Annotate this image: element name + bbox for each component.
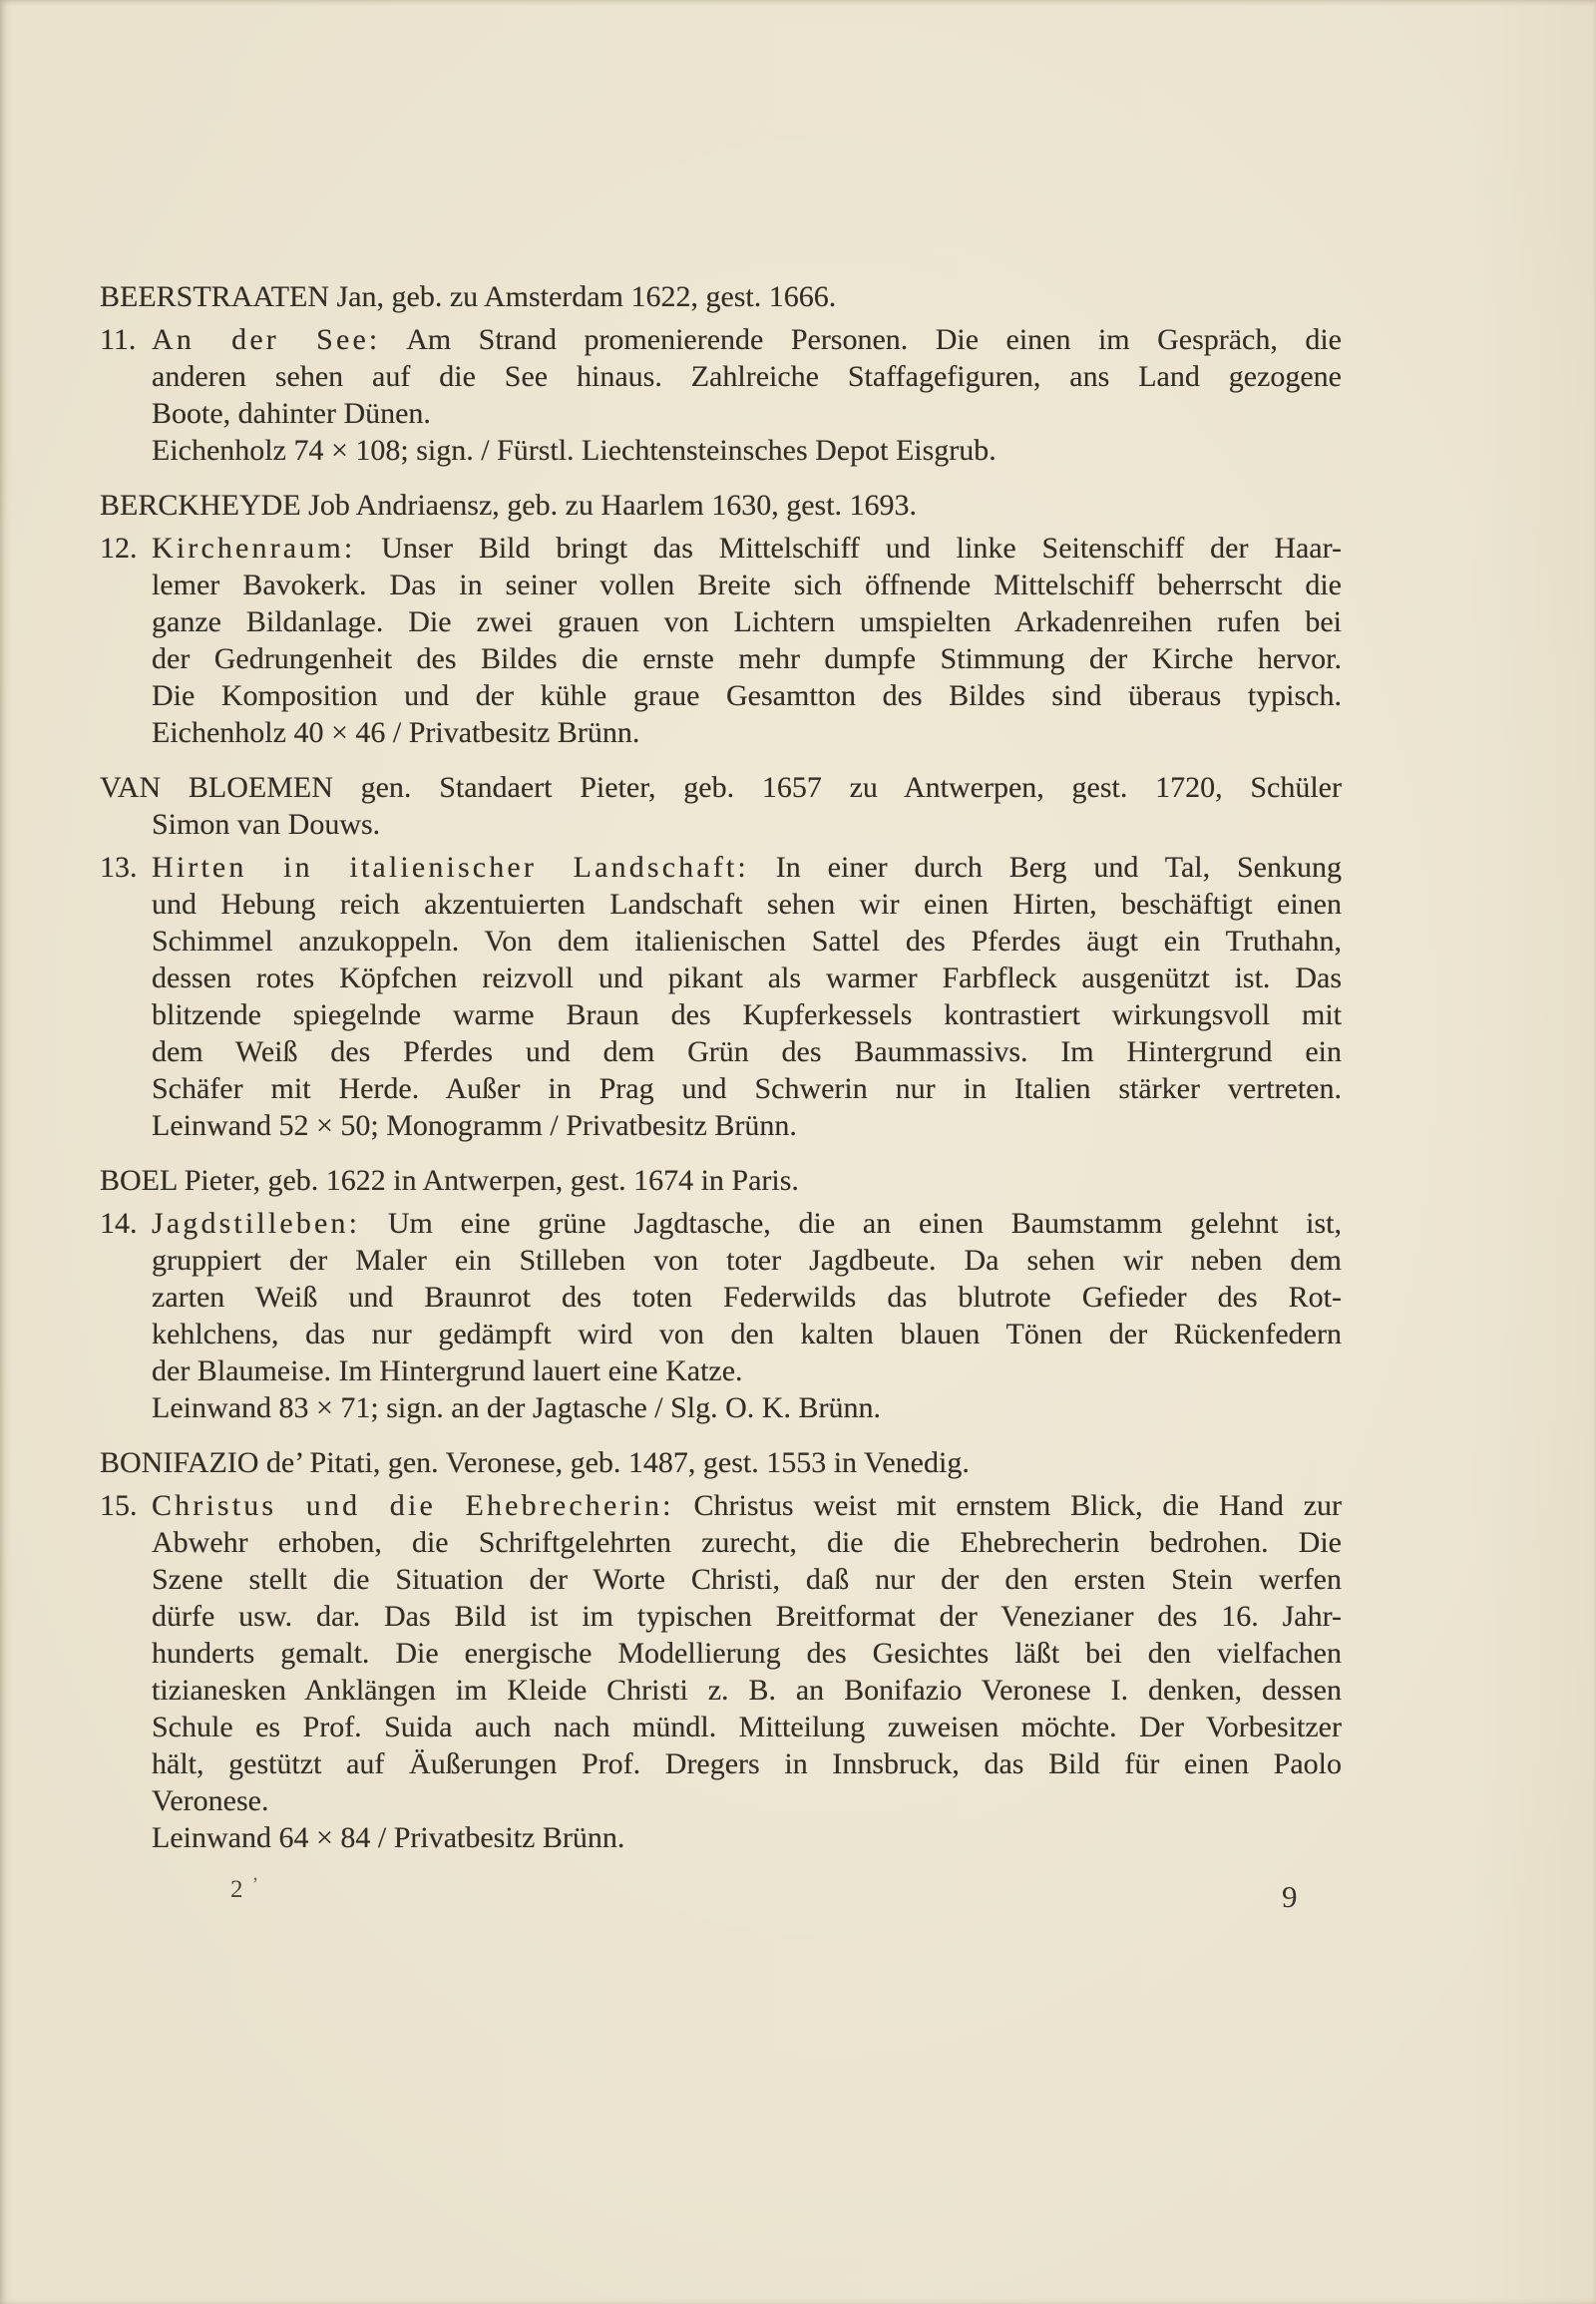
- item-text-line: dessen rotes Köpfchen reizvoll und pikan…: [152, 960, 1342, 996]
- item-text-line: Szene stellt die Situation der Worte Chr…: [152, 1561, 1342, 1598]
- item-technical-line: Leinwand 64 × 84 / Privatbesitz Brünn.: [152, 1819, 1342, 1856]
- item-first-line: 13.Hirten in italienischer Landschaft: I…: [100, 849, 1342, 886]
- catalog-section-berckheyde: BERCKHEYDE Job Andriaensz, geb. zu Haarl…: [100, 487, 1342, 751]
- item-text-line: der Blaumeise. Im Hintergrund lauert ein…: [152, 1352, 1342, 1389]
- item-text-line: dürfe usw. dar. Das Bild ist im typische…: [152, 1598, 1342, 1635]
- item-text-line: Die Komposition und der kühle graue Gesa…: [152, 677, 1342, 714]
- item-text: In einer durch Berg und Tal, Senkung: [776, 851, 1342, 884]
- item-text-line: blitzende spiegelnde warme Braun des Kup…: [152, 996, 1342, 1033]
- catalog-item-11: 11.An der See: Am Strand promenierende P…: [100, 321, 1342, 469]
- signature-tick-mark: ʼ: [252, 1874, 260, 1896]
- artist-heading: BERCKHEYDE Job Andriaensz, geb. zu Haarl…: [100, 487, 1342, 524]
- item-text-line: gruppiert der Maler ein Stilleben von to…: [152, 1242, 1342, 1279]
- item-technical-line: Leinwand 83 × 71; sign. an der Jagtasche…: [152, 1389, 1342, 1426]
- catalog-section-van-bloemen: VAN BLOEMEN gen. Standaert Pieter, geb. …: [100, 769, 1342, 1144]
- catalog-item-14: 14.Jagdstilleben: Um eine grüne Jagdtasc…: [100, 1205, 1342, 1426]
- catalog-section-beerstraaten: BEERSTRAATEN Jan, geb. zu Amsterdam 1622…: [100, 278, 1342, 469]
- item-text: Unser Bild bringt das Mittelschiff und l…: [381, 532, 1342, 565]
- item-first-line: 12.Kirchenraum: Unser Bild bringt das Mi…: [100, 530, 1342, 567]
- artist-heading-continuation: Simon van Douws.: [100, 806, 1342, 843]
- artist-heading: BOEL Pieter, geb. 1622 in Antwerpen, ges…: [100, 1162, 1342, 1199]
- item-text-line: kehlchens, das nur gedämpft wird von den…: [152, 1316, 1342, 1352]
- item-title: Christus und die Ehebrecherin:: [152, 1489, 674, 1522]
- item-number: 14.: [100, 1205, 152, 1242]
- catalog-section-bonifazio: BONIFAZIO de’ Pitati, gen. Veronese, geb…: [100, 1444, 1342, 1856]
- item-number: 12.: [100, 530, 152, 567]
- item-text-line: hunderts gemalt. Die energische Modellie…: [152, 1635, 1342, 1672]
- item-text: Um eine grüne Jagdtasche, die an einen B…: [388, 1207, 1342, 1240]
- item-title: Hirten in italienischer Landschaft:: [152, 851, 749, 884]
- item-title: Kirchenraum:: [152, 532, 355, 565]
- item-number: 11.: [100, 321, 152, 358]
- catalog-item-13: 13.Hirten in italienischer Landschaft: I…: [100, 849, 1342, 1144]
- item-number: 15.: [100, 1487, 152, 1524]
- item-text-line: zarten Weiß und Braunrot des toten Feder…: [152, 1279, 1342, 1316]
- item-first-line: 14.Jagdstilleben: Um eine grüne Jagdtasc…: [100, 1205, 1342, 1242]
- item-text-line: Schäfer mit Herde. Außer in Prag und Sch…: [152, 1070, 1342, 1107]
- catalog-text-block: BEERSTRAATEN Jan, geb. zu Amsterdam 1622…: [100, 260, 1342, 1856]
- artist-heading: VAN BLOEMEN gen. Standaert Pieter, geb. …: [100, 769, 1342, 806]
- catalog-item-12: 12.Kirchenraum: Unser Bild bringt das Mi…: [100, 530, 1342, 751]
- item-text: Christus weist mit ernstem Blick, die Ha…: [694, 1489, 1343, 1522]
- item-text-line: Abwehr erhoben, die Schriftgelehrten zur…: [152, 1524, 1342, 1561]
- item-text-line: dem Weiß des Pferdes und dem Grün des Ba…: [152, 1033, 1342, 1070]
- artist-heading: BONIFAZIO de’ Pitati, gen. Veronese, geb…: [100, 1444, 1342, 1481]
- item-text-line: tizianesken Anklängen im Kleide Christi …: [152, 1672, 1342, 1709]
- item-title: An der See:: [152, 323, 380, 356]
- catalog-item-15: 15.Christus und die Ehebrecherin: Christ…: [100, 1487, 1342, 1856]
- item-text-line: Schule es Prof. Suida auch nach mündl. M…: [152, 1709, 1342, 1745]
- catalog-section-boel: BOEL Pieter, geb. 1622 in Antwerpen, ges…: [100, 1162, 1342, 1426]
- item-text-line: Schimmel anzukoppeln. Von dem italienisc…: [152, 923, 1342, 960]
- artist-heading: BEERSTRAATEN Jan, geb. zu Amsterdam 1622…: [100, 278, 1342, 315]
- item-text: Am Strand promenierende Personen. Die ei…: [406, 323, 1342, 356]
- item-text-line: Veronese.: [152, 1782, 1342, 1819]
- item-text-line: hält, gestützt auf Äußerungen Prof. Dreg…: [152, 1745, 1342, 1782]
- item-text-line: der Gedrungenheit des Bildes die ernste …: [152, 640, 1342, 677]
- item-technical-line: Leinwand 52 × 50; Monogramm / Privatbesi…: [152, 1107, 1342, 1144]
- item-text-line: ganze Bildanlage. Die zwei grauen von Li…: [152, 603, 1342, 640]
- page-number: 9: [1282, 1879, 1298, 1915]
- item-text-line: anderen sehen auf die See hinaus. Zahlre…: [152, 358, 1342, 395]
- sheet-signature-mark: 2ʼ: [230, 1876, 251, 1904]
- item-text-line: Boote, dahinter Dünen.: [152, 395, 1342, 432]
- item-text-line: und Hebung reich akzentuierten Landschaf…: [152, 886, 1342, 923]
- item-technical-line: Eichenholz 40 × 46 / Privatbesitz Brünn.: [152, 714, 1342, 751]
- item-text-line: lemer Bavokerk. Das in seiner vollen Bre…: [152, 567, 1342, 603]
- item-first-line: 15.Christus und die Ehebrecherin: Christ…: [100, 1487, 1342, 1524]
- item-number: 13.: [100, 849, 152, 886]
- item-title: Jagdstilleben:: [152, 1207, 360, 1240]
- item-technical-line: Eichenholz 74 × 108; sign. / Fürstl. Lie…: [152, 432, 1342, 469]
- item-first-line: 11.An der See: Am Strand promenierende P…: [100, 321, 1342, 358]
